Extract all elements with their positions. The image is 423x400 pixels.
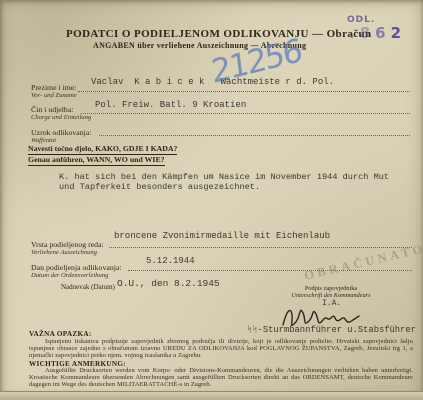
reason-label-hr: Uzrok odlikovanja: <box>31 128 91 137</box>
unit-label-de: Charge und Einteilung <box>31 114 91 121</box>
paper-bottom-margin <box>0 392 423 400</box>
award-date-label-de: Datum der Ordensverleihung <box>31 272 108 279</box>
award-label-hr: Vrsta podieljenog reda: <box>31 240 104 249</box>
name-label-hr: Prezime i ime: <box>31 83 76 92</box>
reason-label-de: Waffentat <box>31 137 56 144</box>
odl-stamp-digit: 2 <box>391 24 406 42</box>
odl-stamp-digit: 8 <box>360 24 375 42</box>
dotted-line <box>109 246 412 248</box>
name-value: Vaclav K a b i c e k Wachtmeiste r d. Po… <box>91 77 334 87</box>
odl-stamp-dot: . <box>349 24 360 42</box>
place-date-label: Nadnevak (Datum) <box>61 283 115 291</box>
signature-rank: ᛋᛋ-Sturmbannführer u.Stabsführer <box>247 325 416 335</box>
document-page: PODATCI O PODIELJENOM ODLIKOVANJU — Obra… <box>0 0 423 400</box>
dotted-line <box>128 269 412 271</box>
important-note-text-de: Ausgefüllte Drucksorten werden vom Korps… <box>29 368 413 389</box>
signature-label-de: Unterschrift des Kommandeurs <box>272 292 390 299</box>
place-date-value: O.U., den 8.2.1945 <box>117 278 220 289</box>
deed-text-line1: K. hat sich bei den Kämpfen um Nasice im… <box>59 172 389 182</box>
document-title-croatian: PODATCI O PODIELJENOM ODLIKOVANJU — Obra… <box>66 28 372 40</box>
signature-label-hr: Podpis zapovjednika <box>272 285 390 292</box>
award-label-de: Verliehene Auszeichnung <box>31 249 97 256</box>
dotted-line <box>99 134 410 136</box>
deed-heading-croatian: Navesti točno djelo, KAKO, GDJE I KADA? <box>28 144 177 155</box>
dotted-line <box>81 112 410 114</box>
odl-stamp-number: .862 <box>349 24 406 42</box>
important-note-heading-hr: VAŽNA OPAZKA: <box>29 330 92 338</box>
award-value: broncene Zvonimirmedaille mit Eichenlaub <box>114 231 330 241</box>
name-label-de: Vor- und Zuname <box>31 92 77 99</box>
deed-text-line2: und Tapferkeit besonders ausgezeichnet. <box>59 182 260 192</box>
odl-stamp-digit: 6 <box>375 24 390 42</box>
award-date-label-hr: Dan podieljenja odlikovanja: <box>31 263 122 272</box>
deed-heading-german: Genau anführen, WANN, WO und WIE? <box>28 155 165 166</box>
unit-label-hr: Čin i udjelba: <box>31 105 73 114</box>
award-date-value: 5.12.1944 <box>146 256 195 266</box>
unit-value: Pol. Freiw. Batl. 9 Kroatien <box>95 100 246 110</box>
important-note-text-hr: Ispunjenu tiskanicu podpisuje zapovjedni… <box>29 339 413 360</box>
dotted-line <box>78 90 410 92</box>
